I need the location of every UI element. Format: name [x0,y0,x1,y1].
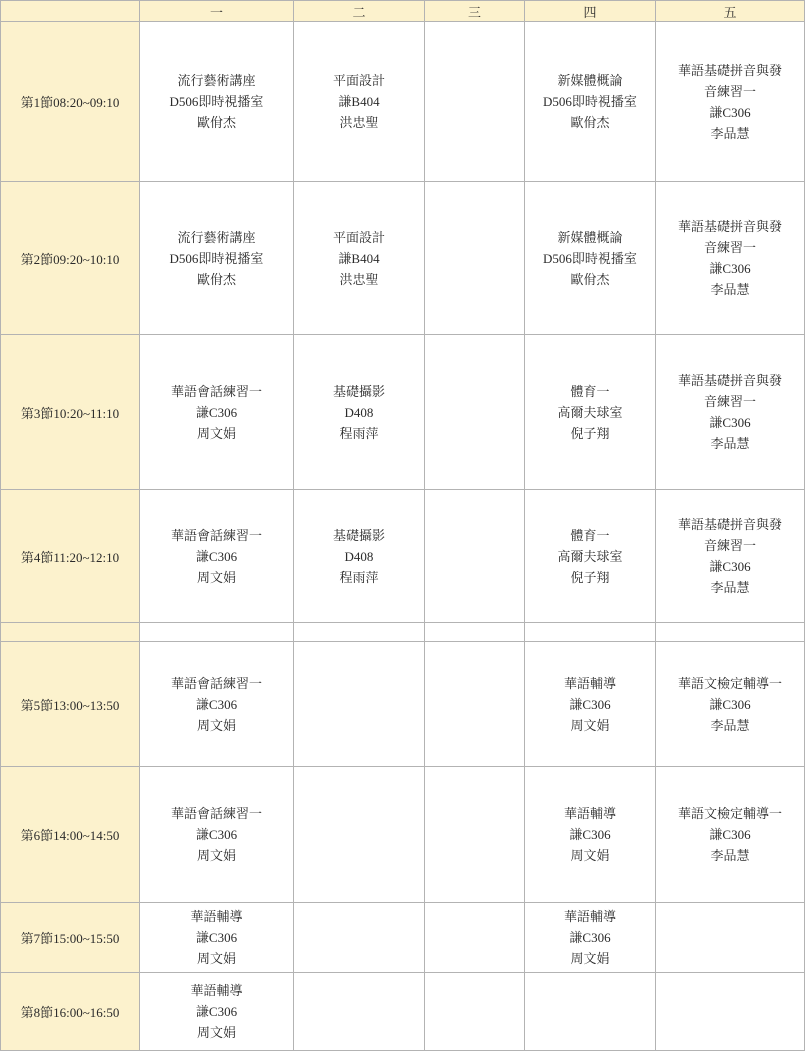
teacher: 李品慧 [674,715,786,736]
class-cell: 華語輔導謙C306周文娟 [140,973,294,1051]
class-cell: 華語會話練習一謙C306周文娟 [140,767,294,903]
day-header-4: 四 [525,1,656,22]
period-row: 第8節16:00~16:50華語輔導謙C306周文娟 [1,973,805,1051]
timetable-body: 第1節08:20~09:10流行藝術講座D506即時視播室歐佾杰平面設計謙B40… [1,22,805,1051]
room: D408 [302,546,416,567]
period-row: 第5節13:00~13:50華語會話練習一謙C306周文娟華語輔導謙C306周文… [1,642,805,767]
room: D408 [302,402,416,423]
teacher: 周文娟 [533,715,647,736]
teacher: 李品慧 [674,279,786,300]
teacher: 周文娟 [148,715,285,736]
course-name: 平面設計 [302,70,416,91]
class-cell: 華語基礎拼音與發音練習一謙C306李品慧 [656,335,805,490]
course-name: 華語文檢定輔導一 [674,673,786,694]
course-name: 基礎攝影 [302,381,416,402]
teacher: 程雨萍 [302,423,416,444]
teacher: 歐佾杰 [533,112,647,133]
teacher: 歐佾杰 [148,269,285,290]
room: 謙C306 [148,402,285,423]
class-cell: 基礎攝影D408程雨萍 [294,335,425,490]
room: 謙C306 [148,546,285,567]
class-cell: 華語輔導謙C306周文娟 [525,903,656,973]
course-name: 流行藝術講座 [148,227,285,248]
class-cell: 體育一高爾夫球室倪子翔 [525,335,656,490]
period-label: 第7節15:00~15:50 [1,903,140,973]
class-cell: 華語基礎拼音與發音練習一謙C306李品慧 [656,182,805,335]
empty-cell [425,767,525,903]
course-name: 華語基礎拼音與發音練習一 [674,514,786,556]
course-name: 華語基礎拼音與發音練習一 [674,370,786,412]
empty-cell [425,973,525,1051]
room: 謙C306 [674,412,786,433]
class-cell: 華語會話練習一謙C306周文娟 [140,335,294,490]
teacher: 李品慧 [674,433,786,454]
teacher: 程雨萍 [302,567,416,588]
timetable: 一二三四五 第1節08:20~09:10流行藝術講座D506即時視播室歐佾杰平面… [0,0,805,1051]
class-cell: 華語輔導謙C306周文娟 [525,642,656,767]
period-label: 第6節14:00~14:50 [1,767,140,903]
class-cell: 新媒體概論D506即時視播室歐佾杰 [525,182,656,335]
room: D506即時視播室 [148,91,285,112]
room: 高爾夫球室 [533,546,647,567]
empty-cell [294,623,425,642]
corner-cell [1,1,140,22]
teacher: 周文娟 [533,845,647,866]
room: 謙C306 [674,102,786,123]
day-header-3: 三 [425,1,525,22]
course-name: 華語輔導 [148,906,285,927]
teacher: 李品慧 [674,123,786,144]
teacher: 歐佾杰 [533,269,647,290]
course-name: 華語會話練習一 [148,525,285,546]
empty-cell [425,490,525,623]
class-cell: 華語文檢定輔導一謙C306李品慧 [656,767,805,903]
period-row: 第4節11:20~12:10華語會話練習一謙C306周文娟基礎攝影D408程雨萍… [1,490,805,623]
room: 謙C306 [674,694,786,715]
room: 謙B404 [302,91,416,112]
room: 謙C306 [674,258,786,279]
course-name: 平面設計 [302,227,416,248]
class-cell: 平面設計謙B404洪忠聖 [294,182,425,335]
course-name: 流行藝術講座 [148,70,285,91]
course-name: 華語基礎拼音與發音練習一 [674,60,786,102]
course-name: 華語輔導 [533,803,647,824]
room: 謙C306 [148,1001,285,1022]
course-name: 基礎攝影 [302,525,416,546]
empty-cell [425,623,525,642]
empty-cell [425,335,525,490]
period-row: 第7節15:00~15:50華語輔導謙C306周文娟華語輔導謙C306周文娟 [1,903,805,973]
empty-cell [294,767,425,903]
empty-cell [656,903,805,973]
room: 謙B404 [302,248,416,269]
course-name: 新媒體概論 [533,227,647,248]
room: 謙C306 [533,927,647,948]
spacer-row [1,623,805,642]
header-row: 一二三四五 [1,1,805,22]
teacher: 周文娟 [148,845,285,866]
period-label: 第8節16:00~16:50 [1,973,140,1051]
class-cell: 華語會話練習一謙C306周文娟 [140,642,294,767]
period-row: 第3節10:20~11:10華語會話練習一謙C306周文娟基礎攝影D408程雨萍… [1,335,805,490]
period-label: 第2節09:20~10:10 [1,182,140,335]
empty-cell [656,623,805,642]
day-header-5: 五 [656,1,805,22]
class-cell: 華語輔導謙C306周文娟 [140,903,294,973]
course-name: 體育一 [533,525,647,546]
teacher: 周文娟 [533,948,647,969]
class-cell: 平面設計謙B404洪忠聖 [294,22,425,182]
teacher: 李品慧 [674,845,786,866]
room: 謙C306 [148,824,285,845]
course-name: 華語會話練習一 [148,381,285,402]
class-cell: 體育一高爾夫球室倪子翔 [525,490,656,623]
course-name: 華語基礎拼音與發音練習一 [674,216,786,258]
course-name: 體育一 [533,381,647,402]
class-cell: 基礎攝影D408程雨萍 [294,490,425,623]
empty-cell [425,903,525,973]
teacher: 洪忠聖 [302,269,416,290]
period-label: 第5節13:00~13:50 [1,642,140,767]
empty-cell [525,973,656,1051]
empty-cell [425,22,525,182]
teacher: 倪子翔 [533,567,647,588]
empty-cell [525,623,656,642]
room: D506即時視播室 [533,248,647,269]
course-name: 華語輔導 [533,906,647,927]
teacher: 歐佾杰 [148,112,285,133]
empty-cell [294,903,425,973]
empty-cell [294,973,425,1051]
class-cell: 華語會話練習一謙C306周文娟 [140,490,294,623]
teacher: 周文娟 [148,423,285,444]
empty-cell [656,973,805,1051]
class-cell: 華語基礎拼音與發音練習一謙C306李品慧 [656,490,805,623]
course-name: 華語會話練習一 [148,803,285,824]
timetable-header: 一二三四五 [1,1,805,22]
teacher: 洪忠聖 [302,112,416,133]
room: D506即時視播室 [533,91,647,112]
course-name: 華語輔導 [148,980,285,1001]
day-header-2: 二 [294,1,425,22]
empty-cell [425,182,525,335]
class-cell: 華語基礎拼音與發音練習一謙C306李品慧 [656,22,805,182]
class-cell: 流行藝術講座D506即時視播室歐佾杰 [140,182,294,335]
teacher: 周文娟 [148,567,285,588]
period-row: 第1節08:20~09:10流行藝術講座D506即時視播室歐佾杰平面設計謙B40… [1,22,805,182]
class-cell: 流行藝術講座D506即時視播室歐佾杰 [140,22,294,182]
room: 謙C306 [533,824,647,845]
class-cell: 華語文檢定輔導一謙C306李品慧 [656,642,805,767]
period-row: 第6節14:00~14:50華語會話練習一謙C306周文娟華語輔導謙C306周文… [1,767,805,903]
room: 謙C306 [674,556,786,577]
teacher: 倪子翔 [533,423,647,444]
period-row: 第2節09:20~10:10流行藝術講座D506即時視播室歐佾杰平面設計謙B40… [1,182,805,335]
room: 謙C306 [148,694,285,715]
empty-cell [425,642,525,767]
spacer-label-cell [1,623,140,642]
empty-cell [140,623,294,642]
room: D506即時視播室 [148,248,285,269]
class-cell: 華語輔導謙C306周文娟 [525,767,656,903]
teacher: 周文娟 [148,1022,285,1043]
empty-cell [294,642,425,767]
teacher: 李品慧 [674,577,786,598]
room: 謙C306 [148,927,285,948]
period-label: 第4節11:20~12:10 [1,490,140,623]
course-name: 華語會話練習一 [148,673,285,694]
room: 謙C306 [674,824,786,845]
course-name: 華語文檢定輔導一 [674,803,786,824]
room: 高爾夫球室 [533,402,647,423]
period-label: 第1節08:20~09:10 [1,22,140,182]
period-label: 第3節10:20~11:10 [1,335,140,490]
course-name: 新媒體概論 [533,70,647,91]
teacher: 周文娟 [148,948,285,969]
class-cell: 新媒體概論D506即時視播室歐佾杰 [525,22,656,182]
course-name: 華語輔導 [533,673,647,694]
room: 謙C306 [533,694,647,715]
day-header-1: 一 [140,1,294,22]
